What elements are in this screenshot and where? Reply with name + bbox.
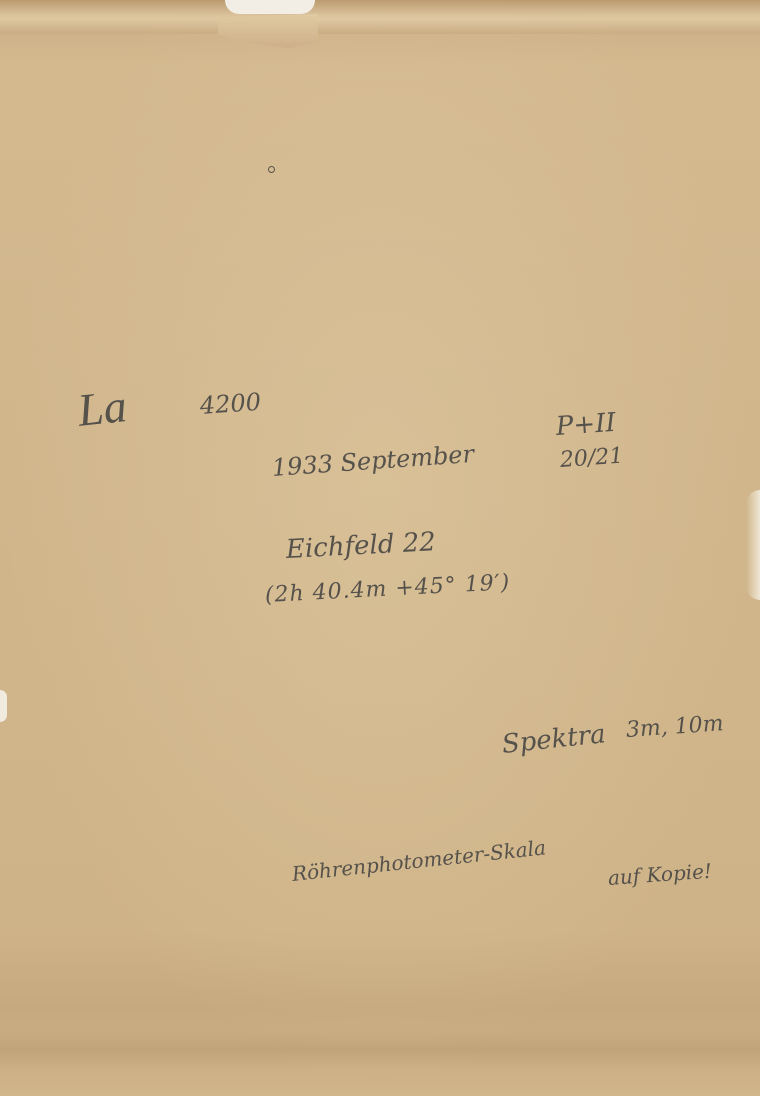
catalog-number: 4200 [199,388,262,420]
note-photometer-scale: Röhrenphotometer-Skala [291,835,547,886]
catalog-prefix: La [75,379,129,437]
small-circle-mark [268,166,275,173]
spectra-label: Spektra [500,719,607,760]
plate-dates: 20/21 [559,444,624,473]
left-edge-chip [0,690,7,722]
torn-flap [218,14,318,48]
date-line: 1933 September [271,440,475,482]
plates-label: P+II [555,408,617,442]
right-edge-fold [746,490,760,600]
top-crease [0,0,760,34]
note-on-copy: auf Kopie! [607,859,713,890]
envelope-sheet: La 4200 P+II 20/21 1933 September Eichfe… [0,0,760,1096]
spectra-exposures: 3m, 10m [625,711,724,743]
coordinates: (2h 40.4m +45° 19′) [264,570,511,608]
bottom-stain [0,1030,760,1070]
torn-corner [225,0,315,14]
object-name: Eichfeld 22 [285,527,436,565]
